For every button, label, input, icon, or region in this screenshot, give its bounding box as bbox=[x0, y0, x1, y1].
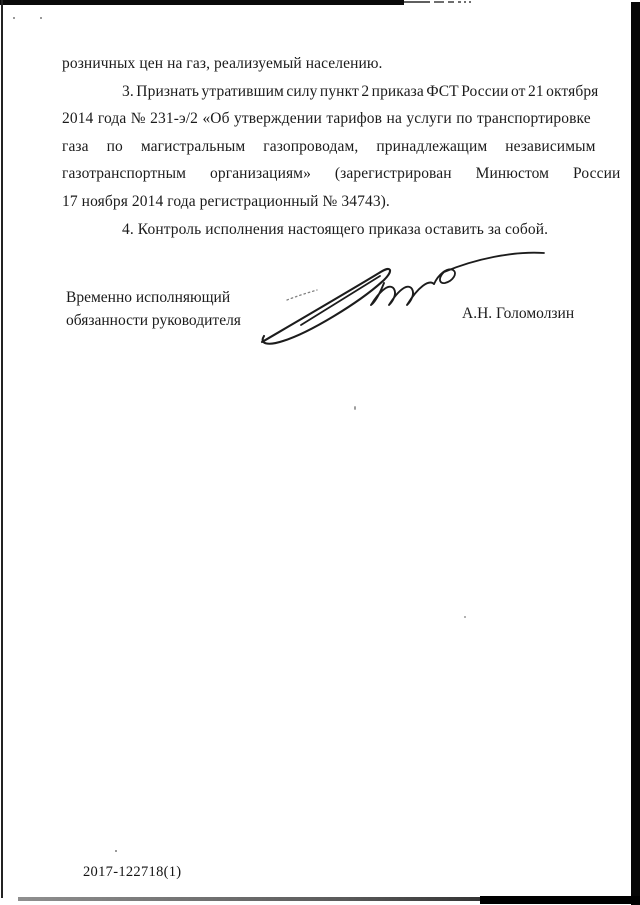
scan-speck bbox=[115, 850, 117, 852]
scanned-document-page: розничных цен на газ, реализуемый населе… bbox=[0, 0, 640, 905]
scan-border-top-fade bbox=[404, 1, 430, 3]
paragraph-line: газа по магистральным газопроводам, прин… bbox=[62, 133, 582, 161]
body-text: розничных цен на газ, реализуемый населе… bbox=[62, 50, 582, 243]
signer-role-line: обязанности руководителя bbox=[66, 310, 241, 333]
scan-border-top-dash bbox=[458, 1, 461, 3]
scan-border-top-dash bbox=[464, 1, 466, 3]
scan-speck bbox=[464, 616, 466, 618]
paragraph-line: 3. Признать утратившим силу пункт 2 прик… bbox=[62, 78, 582, 106]
scan-speck bbox=[40, 17, 42, 19]
paragraph-line: розничных цен на газ, реализуемый населе… bbox=[62, 50, 582, 78]
document-number: 2017-122718(1) bbox=[83, 864, 181, 881]
paragraph-line: 4. Контроль исполнения настоящего приказ… bbox=[62, 216, 582, 244]
scan-speck bbox=[13, 17, 15, 19]
signer-role: Временно исполняющий обязанности руковод… bbox=[66, 287, 241, 332]
scan-border-top-dash bbox=[448, 1, 454, 3]
scan-border-top bbox=[0, 0, 404, 5]
handwritten-signature-icon bbox=[253, 243, 549, 347]
scan-border-bottom bbox=[480, 896, 640, 904]
scan-speck bbox=[354, 406, 356, 410]
scan-border-right bbox=[631, 2, 640, 905]
paragraph-line: 17 ноября 2014 года регистрационный № 34… bbox=[62, 188, 582, 216]
scan-border-bottom bbox=[18, 897, 484, 901]
scan-border-left bbox=[1, 0, 3, 898]
scan-border-top-dash bbox=[469, 1, 471, 3]
scan-border-top-dash bbox=[434, 1, 444, 3]
paragraph-line: газотранспортным организациям» (зарегист… bbox=[62, 160, 582, 188]
signer-role-line: Временно исполняющий bbox=[66, 287, 241, 310]
paragraph-line: 2014 года № 231-э/2 «Об утверждении тари… bbox=[62, 105, 582, 133]
signer-name: А.Н. Голомолзин bbox=[462, 305, 574, 323]
